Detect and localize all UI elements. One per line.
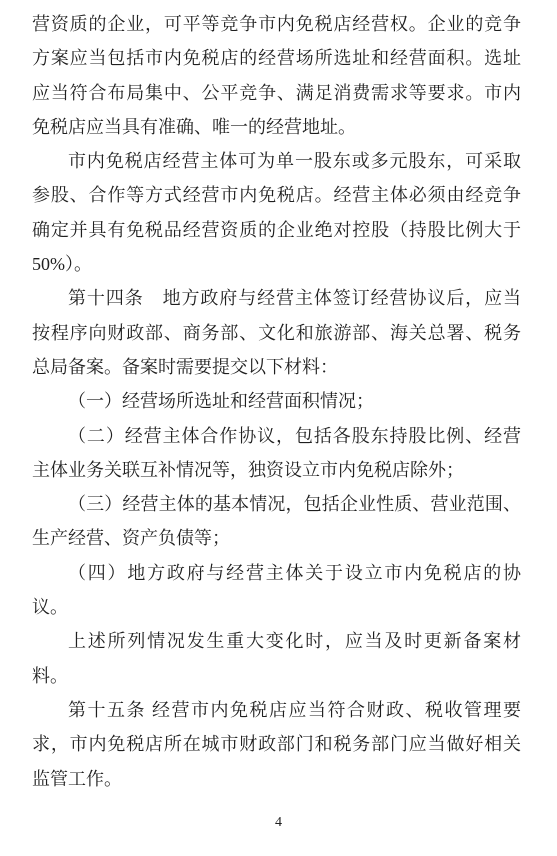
text-line: 确定并具有免税品经营资质的企业绝对控股（持股比例大于	[32, 213, 521, 247]
text-line: （一）经营场所选址和经营面积情况；	[32, 384, 521, 418]
text-line: 应当符合布局集中、公平竞争、满足消费需求等要求。市内	[32, 76, 521, 110]
text-line: 生产经营、资产负债等；	[32, 521, 521, 555]
text-line: （四）地方政府与经营主体关于设立市内免税店的协	[32, 556, 521, 590]
page-number: 4	[275, 815, 282, 830]
text-line: （三）经营主体的基本情况，包括企业性质、营业范围、	[32, 487, 521, 521]
text-line: 市内免税店经营主体可为单一股东或多元股东，可采取	[32, 144, 521, 178]
document-body: 营资质的企业，可平等竞争市内免税店经营权。企业的竞争方案应当包括市内免税店的经营…	[32, 7, 521, 796]
text-line: 第十四条 地方政府与经营主体签订经营协议后，应当	[32, 281, 521, 315]
document-page: { "content": { "paragraphs": [ { "indent…	[0, 0, 557, 856]
text-line: 主体业务关联互补情况等，独资设立市内免税店除外；	[32, 453, 521, 487]
text-line: 方案应当包括市内免税店的经营场所选址和经营面积。选址	[32, 41, 521, 75]
text-line: 参股、合作等方式经营市内免税店。经营主体必须由经竞争	[32, 178, 521, 212]
text-line: 50%）。	[32, 247, 521, 281]
text-line: 求，市内免税店所在城市财政部门和税务部门应当做好相关	[32, 727, 521, 761]
text-line: 监管工作。	[32, 762, 521, 796]
text-line: 营资质的企业，可平等竞争市内免税店经营权。企业的竞争	[32, 7, 521, 41]
text-line: 第十五条 经营市内免税店应当符合财政、税收管理要	[32, 693, 521, 727]
text-line: （二）经营主体合作协议，包括各股东持股比例、经营	[32, 419, 521, 453]
text-line: 议。	[32, 590, 521, 624]
page: 营资质的企业，可平等竞争市内免税店经营权。企业的竞争方案应当包括市内免税店的经营…	[0, 0, 557, 856]
text-line: 料。	[32, 659, 521, 693]
text-line: 上述所列情况发生重大变化时，应当及时更新备案材	[32, 624, 521, 658]
text-line: 总局备案。备案时需要提交以下材料：	[32, 350, 521, 384]
page-footer: 4	[0, 813, 557, 833]
text-line: 免税店应当具有准确、唯一的经营地址。	[32, 110, 521, 144]
text-line: 按程序向财政部、商务部、文化和旅游部、海关总署、税务	[32, 316, 521, 350]
